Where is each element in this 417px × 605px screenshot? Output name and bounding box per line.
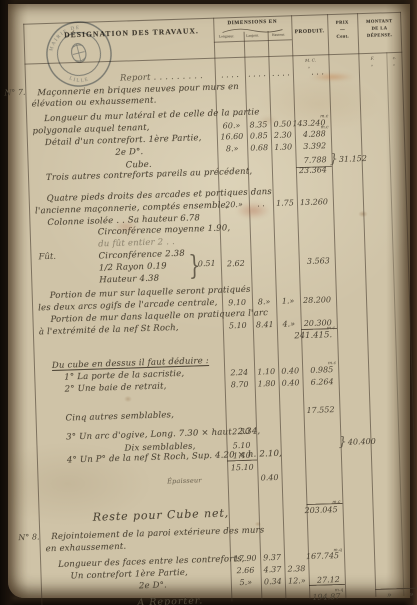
cell-c <box>399 444 415 456</box>
cell-text: 203.045 <box>304 505 337 515</box>
cell-x <box>331 127 361 140</box>
table-row: Reste pour Cube net,203.045m.c <box>39 500 417 524</box>
cell-d1 <box>224 354 254 367</box>
cell-d1: 5.10 <box>223 320 253 333</box>
cell-des: A Reporter. <box>41 594 231 605</box>
cell-d1 <box>216 107 246 120</box>
document-page: DÉSIGNATION DES TRAVAUX. DIMENSIONS EN L… <box>8 4 410 598</box>
unit-centimes: c. <box>386 55 402 61</box>
cell-text: 9.10 <box>228 298 246 308</box>
cell-text: 2.30 <box>232 427 250 437</box>
cell-c <box>394 291 410 303</box>
cell-text: 4.288 <box>303 130 326 140</box>
unit-superscript: m.c <box>320 114 328 119</box>
cell-d1 <box>220 222 250 235</box>
unit-produit: M. C. <box>292 57 328 63</box>
cell-c <box>399 456 415 468</box>
stamp-emblem-detail <box>71 42 87 64</box>
cell-d3 <box>281 459 305 472</box>
cell-d3 <box>281 471 305 484</box>
cell-text: Hauteur 4.38 <box>99 273 159 285</box>
cell-c <box>393 264 409 276</box>
cell-text: 13.260 <box>300 198 328 208</box>
cell-c <box>399 468 415 480</box>
cell-d3: 2.38 <box>284 563 308 576</box>
cell-text: 1.10 <box>257 367 275 377</box>
cell-d1: 2.30 <box>226 425 256 438</box>
cell-text: 15.10 <box>231 462 254 472</box>
cell-d3 <box>276 306 300 319</box>
cell-c <box>388 114 404 126</box>
cell-x <box>336 304 366 317</box>
cell-text: 0.985 <box>310 365 333 375</box>
cell-c <box>402 548 417 560</box>
cell-p <box>305 470 341 483</box>
cell-d3 <box>269 79 293 92</box>
cell-c <box>394 303 410 315</box>
cell-c <box>392 229 408 241</box>
cell-text: 9.37 <box>263 553 281 563</box>
cell-c <box>393 253 409 265</box>
cell-f <box>363 194 391 207</box>
cell-d1 <box>215 92 245 105</box>
cell-d3: 0.40 <box>278 376 302 389</box>
cell-text: 28.200 <box>303 295 331 305</box>
cell-d1: 2.62 <box>221 258 251 271</box>
cell-d2 <box>251 269 275 282</box>
cell-d2 <box>255 406 279 419</box>
cell-x <box>334 230 364 243</box>
cell-d2: 0.34 <box>261 575 285 588</box>
unit-superscript: m.c <box>327 326 335 331</box>
col-header-largeur: Largeur. <box>240 33 266 38</box>
cell-d2: 8.41 <box>253 319 277 332</box>
cell-p: 17.552 <box>303 404 339 417</box>
unit-superscript: m.c <box>328 361 336 366</box>
cell-x <box>332 183 362 196</box>
cell-text: 8.70 <box>231 379 249 389</box>
cell-d2: 4.37 <box>260 564 284 577</box>
cell-d1 <box>218 187 248 200</box>
unit-superscript: m.c <box>321 126 329 131</box>
cell-f <box>372 501 400 515</box>
cell-text: 1.30 <box>274 142 292 152</box>
cell-d3 <box>280 424 304 437</box>
cell-f: » <box>375 589 403 602</box>
cell-f <box>374 548 402 561</box>
cell-d2 <box>261 592 285 605</box>
cell-d3 <box>272 185 296 198</box>
cell-d1: 8.» <box>217 143 247 156</box>
cell-x <box>345 589 375 602</box>
cell-text: 6.264 <box>311 377 334 387</box>
cell-d2 <box>250 245 274 258</box>
cell-p: 203.045m.c <box>306 503 342 517</box>
cell-x <box>343 521 373 534</box>
cell-f <box>363 206 391 219</box>
cell-c <box>391 217 407 229</box>
cell-d3: 0.40 <box>278 364 302 377</box>
cell-d2 <box>259 524 283 537</box>
cell-c <box>390 182 406 194</box>
montant-line-3: DÉPENSE. <box>358 31 402 39</box>
cell-f <box>365 253 393 266</box>
cell-text: » <box>387 590 392 599</box>
cell-x <box>335 281 365 294</box>
col-header-longueur: Longueur. <box>214 34 240 39</box>
cell-c <box>391 194 407 206</box>
cell-text: 8.» <box>226 144 239 153</box>
cell-d2: 1.80 <box>254 377 278 390</box>
cell-d1: 5.» <box>231 576 261 589</box>
cell-text: 17.90 <box>234 554 257 564</box>
cell-text: 5.10 <box>229 321 247 331</box>
cell-d2: 0.68 <box>247 142 271 155</box>
cell-d3 <box>279 405 303 418</box>
cell-d2: . . . . <box>245 68 269 81</box>
cell-f <box>359 64 387 77</box>
cell-x <box>343 533 373 546</box>
cell-des: Cinq autres semblables, <box>35 407 225 425</box>
cell-d3: 2.30 <box>271 129 295 142</box>
cell-c <box>387 87 403 99</box>
cell-text: 5.» <box>239 578 252 587</box>
cell-x <box>341 457 371 470</box>
unit-superscript: m.q <box>333 548 342 553</box>
cell-des: Reste pour Cube net, <box>39 506 229 525</box>
cell-text: . . . . <box>248 69 266 79</box>
cell-d1: 16.60 <box>217 131 247 144</box>
cell-x <box>337 316 367 329</box>
cell-x <box>335 266 365 279</box>
cell-c <box>388 102 404 114</box>
cell-p: 194.87m.q <box>309 590 345 603</box>
cell-d1: 17.90 <box>230 553 260 566</box>
cell-f <box>371 468 399 481</box>
cell-text: 8.» <box>258 297 271 306</box>
cell-f <box>363 218 391 231</box>
cell-f <box>373 521 401 534</box>
cell-d1 <box>220 246 250 259</box>
cell-text: 2e D°. <box>115 147 143 158</box>
cell-d3: 1.30 <box>271 141 295 154</box>
cell-f <box>371 456 399 469</box>
cell-p: 27.12 <box>309 574 345 587</box>
cell-d2: 0.85 <box>247 130 271 143</box>
document-photo: DÉSIGNATION DES TRAVAUX. DIMENSIONS EN L… <box>0 0 417 605</box>
cell-c <box>401 532 417 544</box>
cell-d3 <box>274 233 298 246</box>
cell-d1: 15.10 <box>227 461 257 474</box>
cell-d1: 2.24 <box>224 366 254 379</box>
cell-x <box>340 422 370 435</box>
cell-text: 0.34 <box>264 577 282 587</box>
cell-d1: 9.10 <box>222 296 252 309</box>
cell-text: Cinq autres semblables, <box>65 410 174 423</box>
cell-x <box>344 549 374 562</box>
cell-c <box>403 571 417 583</box>
cell-d1 <box>227 472 257 485</box>
cell-d3: 12.» <box>285 575 309 588</box>
cell-x <box>335 254 365 267</box>
cell-d3: 1.» <box>276 294 300 307</box>
cell-text: 3.563 <box>307 257 330 267</box>
cell-p: 241.415.m.c <box>301 329 337 342</box>
cell-c <box>389 138 405 150</box>
cell-c <box>396 349 412 361</box>
cell-p <box>299 267 335 280</box>
cell-f <box>359 88 387 101</box>
cell-d2: 0.40 <box>257 472 281 485</box>
cell-text: en exhaussement. <box>46 542 127 555</box>
cell-d1 <box>228 505 258 519</box>
cell-x <box>338 362 368 375</box>
cell-x <box>345 573 375 586</box>
cell-d1: 2.66 <box>230 564 260 577</box>
cell-text: 0.40 <box>282 378 300 388</box>
cell-text: . . . . <box>221 70 239 80</box>
cell-text: 0.85 <box>250 131 268 141</box>
cell-d3 <box>281 447 305 460</box>
cell-x <box>333 207 363 220</box>
cell-d2 <box>257 460 281 473</box>
cell-c <box>396 361 412 373</box>
ink-stain <box>310 73 354 81</box>
cell-d2 <box>250 221 274 234</box>
cell-d2: 9.37 <box>260 552 284 565</box>
cell-text: 0.68 <box>250 143 268 153</box>
cell-f <box>375 572 403 585</box>
cell-text: 2.38 <box>287 564 305 574</box>
cell-p <box>307 534 343 547</box>
cell-c <box>397 402 413 414</box>
cell-text: 2° Une baie de retrait, <box>65 381 167 394</box>
cell-p: 23.364 <box>296 163 332 176</box>
cell-f <box>359 76 387 89</box>
cell-x <box>341 445 371 458</box>
cell-text: 23.364 <box>299 165 327 175</box>
cell-text: 0.40 <box>261 473 279 483</box>
cell-d2 <box>251 283 275 296</box>
cell-d1: 8.70 <box>224 378 254 391</box>
cell-f <box>371 444 399 457</box>
cell-text: 1.» <box>282 296 295 305</box>
cell-x <box>330 104 360 117</box>
cell-text: A Reporter. <box>137 595 203 605</box>
cell-text: 167.745 <box>306 552 339 562</box>
cell-text: 4.» <box>282 320 295 329</box>
cell-d1 <box>222 284 252 297</box>
cell-text: 194.87 <box>312 592 340 602</box>
cell-d2 <box>256 425 280 438</box>
cell-text: 2e D°. <box>139 580 167 591</box>
cell-f <box>369 402 397 415</box>
cell-text: 12.» <box>288 576 306 586</box>
cell-text: 1.40 <box>233 450 251 460</box>
cell-d3: . . . . <box>269 67 293 80</box>
cell-f <box>366 292 394 305</box>
cell-f <box>373 532 401 545</box>
cell-f <box>367 327 395 340</box>
cell-d2: 8.» <box>252 295 276 308</box>
cell-x <box>338 374 368 387</box>
col-header-dimensions: DIMENSIONS EN <box>213 18 291 26</box>
cell-text: 2.24 <box>230 368 248 378</box>
cell-d2 <box>252 307 276 320</box>
cell-text: 2.62 <box>227 259 245 269</box>
cell-text: 0.40 <box>281 366 299 376</box>
cell-text: 2.66 <box>236 566 254 576</box>
cell-x <box>334 219 364 232</box>
cell-c <box>401 520 417 532</box>
unit-superscript: m.q <box>335 588 344 593</box>
cell-d1 <box>229 537 259 550</box>
cell-f <box>364 241 392 254</box>
cell-c <box>391 205 407 217</box>
cell-d1 <box>231 593 261 605</box>
cell-c <box>389 126 405 138</box>
cell-d3 <box>269 91 293 104</box>
prix-line-3: Cent. <box>328 32 358 40</box>
cell-d2 <box>253 331 277 344</box>
cell-d3 <box>273 209 297 222</box>
ink-stain <box>114 221 138 232</box>
cell-f <box>366 303 394 316</box>
margin-inline-label: Fût. <box>38 252 56 263</box>
cell-c <box>392 241 408 253</box>
cell-d3 <box>278 353 302 366</box>
cell-d2 <box>257 448 281 461</box>
cell-c <box>387 64 403 76</box>
cell-d3 <box>274 221 298 234</box>
cell-text: . . . . <box>272 69 290 79</box>
cell-text: 2.30 <box>274 131 292 141</box>
cell-c <box>387 76 403 88</box>
cell-d1 <box>229 525 259 538</box>
cell-d1 <box>218 166 248 179</box>
cell-d3 <box>275 283 299 296</box>
brace-value: 0.51 <box>198 259 216 269</box>
cell-d3: 4.» <box>277 318 301 331</box>
cell-text: 1.80 <box>258 378 276 388</box>
cell-f <box>362 162 390 175</box>
cell-x <box>337 328 367 341</box>
col-header-produit: PRODUIT. <box>292 28 328 35</box>
cell-f <box>361 126 389 139</box>
cell-c <box>398 420 414 432</box>
cell-d2 <box>251 257 275 270</box>
cell-x <box>342 502 372 516</box>
cell-d3 <box>284 551 308 564</box>
cell-f <box>362 182 390 195</box>
cell-text: Épaisseur <box>167 476 202 485</box>
cell-d3 <box>272 165 296 178</box>
cell-d3 <box>274 244 298 257</box>
cell-x <box>332 163 362 176</box>
cell-text: 1.75 <box>276 199 294 209</box>
cell-d2 <box>254 353 278 366</box>
cell-f <box>361 138 389 151</box>
cell-d2 <box>258 504 282 518</box>
col-header-prix: PRIX — Cent. <box>327 18 358 40</box>
cell-x <box>330 115 360 128</box>
cell-text: 27.12 <box>317 575 340 585</box>
cell-f <box>365 265 393 278</box>
cell-text: élévation ou exhaussement. <box>32 96 157 110</box>
table-body: Report . . . . . . . . .. . . .. . . .. … <box>25 64 417 605</box>
unit-superscript: m.c <box>332 500 340 505</box>
cell-x <box>336 292 366 305</box>
cell-d3 <box>285 591 309 604</box>
col-header-montant: MONTANT DE LA DÉPENSE. <box>357 17 402 39</box>
cell-c <box>395 326 411 338</box>
cell-text: 8.41 <box>256 320 274 330</box>
cell-d3 <box>283 535 307 548</box>
cell-p: 6.264 <box>302 375 338 388</box>
works-table: DÉSIGNATION DES TRAVAUX. DIMENSIONS EN L… <box>23 12 417 605</box>
cell-d1: . . . . <box>215 69 245 82</box>
cell-c <box>393 279 409 291</box>
cell-f <box>368 373 396 386</box>
cell-c: » <box>403 588 417 600</box>
cell-d3 <box>283 524 307 537</box>
cell-d1: 1.40 <box>227 449 257 462</box>
cell-d1 <box>222 308 252 321</box>
cell-c <box>390 161 406 173</box>
cell-text: Reste pour Cube net, <box>93 506 230 523</box>
cell-d1 <box>215 81 245 94</box>
ink-stain <box>258 116 278 125</box>
cell-c <box>395 315 411 327</box>
cell-f <box>374 560 402 573</box>
cell-d3 <box>282 504 306 518</box>
cell-text: 3.392 <box>303 141 326 151</box>
cell-x <box>334 242 364 255</box>
ink-stain <box>236 202 270 219</box>
margin-number: N° 8. <box>18 532 39 542</box>
cell-f <box>364 230 392 243</box>
cell-d2 <box>245 92 269 105</box>
cell-d2 <box>248 165 272 178</box>
cell-f <box>365 280 393 293</box>
col-header-hauteur: Hauteur. <box>266 32 292 37</box>
cell-f <box>370 421 398 434</box>
cell-d2 <box>245 80 269 93</box>
cell-d2 <box>259 536 283 549</box>
cell-d2: 1.10 <box>254 365 278 378</box>
cell-text: 60.» <box>223 121 241 131</box>
cell-f <box>360 114 388 127</box>
cell-text: 4.37 <box>263 565 281 575</box>
cell-c <box>400 500 416 513</box>
cell-x <box>333 195 363 208</box>
cell-p <box>293 90 329 103</box>
cell-x <box>329 89 359 102</box>
cell-d1 <box>221 269 251 282</box>
cell-text: 16.60 <box>220 132 243 142</box>
cell-d1 <box>220 234 250 247</box>
cell-x <box>339 403 369 416</box>
cell-d3: 1.75 <box>273 197 297 210</box>
cell-d2 <box>250 233 274 246</box>
cell-d1 <box>223 331 253 344</box>
cell-f <box>368 361 396 374</box>
cell-d3 <box>275 268 299 281</box>
cell-d3 <box>275 256 299 269</box>
cell-text: » <box>409 590 414 599</box>
cell-f <box>368 350 396 363</box>
cell-text: 17.552 <box>306 405 334 415</box>
